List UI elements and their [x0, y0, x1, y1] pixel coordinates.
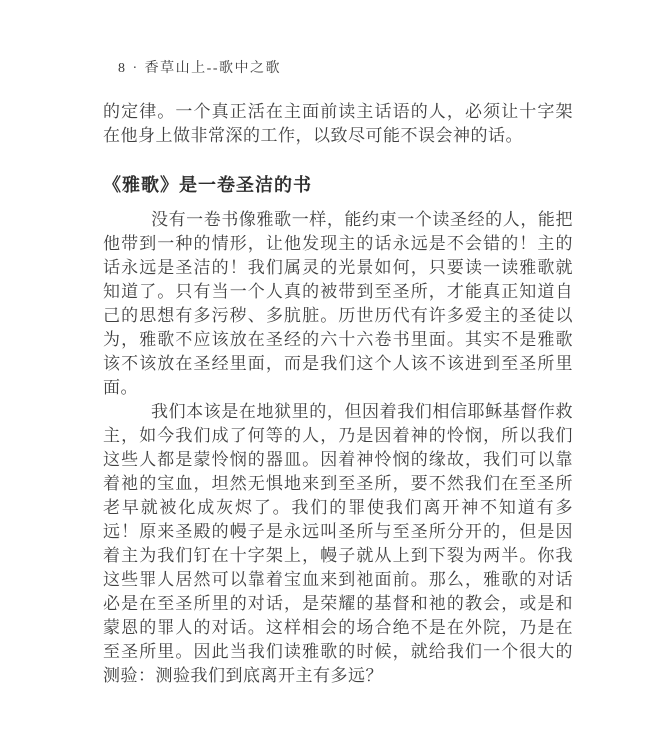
page-body: 的定律。一个真正活在主面前读主话语的人，必须让十字架在他身上做非常深的工作，以致…	[103, 100, 573, 688]
page-number: 8	[118, 61, 127, 76]
paragraph-lead-continuation: 的定律。一个真正活在主面前读主话语的人，必须让十字架在他身上做非常深的工作，以致…	[103, 100, 573, 148]
book-title: 香草山上--歌中之歌	[145, 61, 281, 76]
running-header: 8·香草山上--歌中之歌	[118, 57, 281, 77]
section-heading: 《雅歌》是一卷圣洁的书	[103, 172, 573, 198]
paragraph-2: 我们本该是在地狱里的，但因着我们相信耶稣基督作救主，如今我们成了何等的人，乃是因…	[103, 400, 573, 688]
paragraph-1: 没有一卷书像雅歌一样，能约束一个读圣经的人，能把他带到一种的情形，让他发现主的话…	[103, 208, 573, 400]
header-separator-dot: ·	[127, 61, 145, 76]
book-page: 8·香草山上--歌中之歌 的定律。一个真正活在主面前读主话语的人，必须让十字架在…	[0, 0, 650, 750]
